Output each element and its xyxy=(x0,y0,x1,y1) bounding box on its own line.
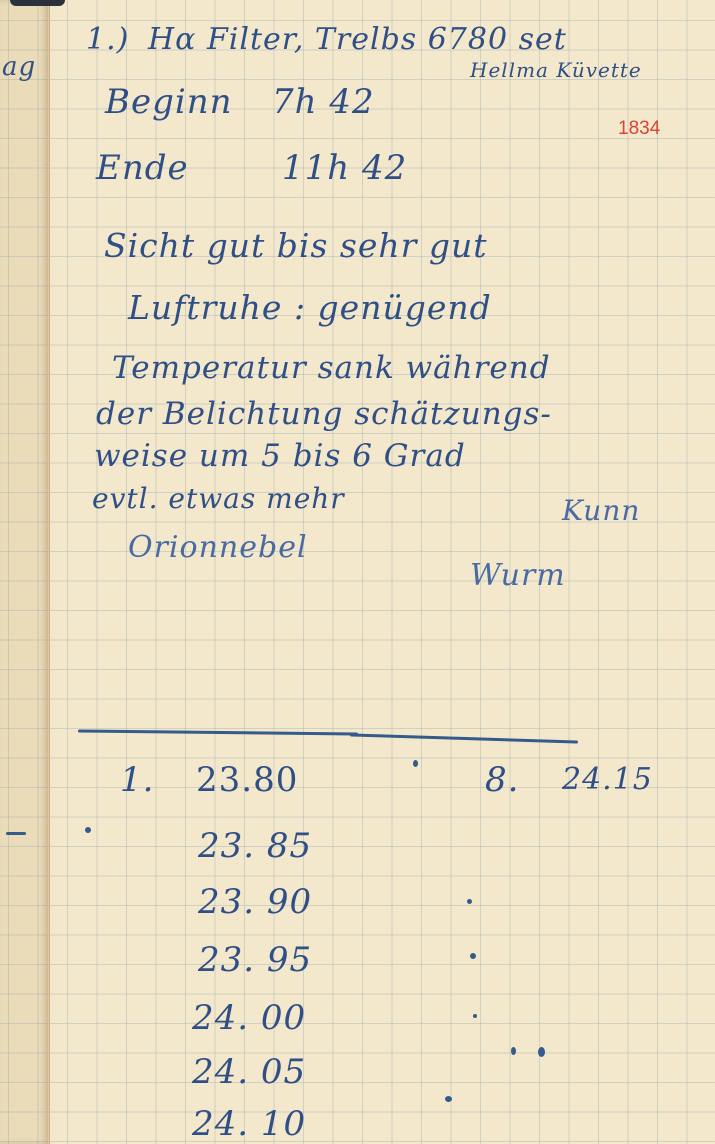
note-line: der Belichtung schätzungs- xyxy=(96,396,552,432)
reading-value: 23. 90 xyxy=(198,882,312,922)
reading-value: 24. 05 xyxy=(192,1052,306,1092)
header-sub-line: Hellma Küvette xyxy=(470,58,642,82)
reading-value: 24.15 xyxy=(562,762,653,797)
end-value: 11h 42 xyxy=(282,148,407,188)
end-label: Ende xyxy=(96,148,189,188)
binding-shadow xyxy=(10,0,65,6)
item-number: 1.) xyxy=(86,22,129,57)
left-page-edge xyxy=(0,0,48,1144)
note-line: Temperatur sank während xyxy=(112,350,551,386)
reading-value: 24. 10 xyxy=(192,1104,306,1144)
note-line: weise um 5 bis 6 Grad xyxy=(94,438,466,474)
begin-label: Beginn xyxy=(105,82,233,122)
signature: Wurm xyxy=(470,558,566,593)
ink-speck xyxy=(538,1047,545,1057)
archive-number: 1834 xyxy=(618,118,660,140)
note-line: Sicht gut bis sehr gut xyxy=(104,226,488,265)
page-gutter xyxy=(47,0,50,1144)
ink-speck xyxy=(85,827,91,833)
note-orionnebel: Orionnebel xyxy=(128,530,308,565)
reading-index: 8. xyxy=(485,760,519,800)
ink-speck xyxy=(413,760,418,767)
header-line-1: Hα Filter, Trelbs 6780 set xyxy=(148,22,567,57)
note-line: evtl. etwas mehr xyxy=(92,482,345,515)
signature: Kunn xyxy=(562,494,640,527)
reading-value: 23. 95 xyxy=(198,940,312,980)
ink-speck xyxy=(467,899,472,904)
reading-value: 23.80 xyxy=(196,760,298,800)
reading-value: 24. 00 xyxy=(192,998,306,1038)
ink-speck xyxy=(445,1096,452,1102)
left-page-text: ag xyxy=(2,52,36,82)
begin-value: 7h 42 xyxy=(272,82,375,122)
ink-speck xyxy=(511,1047,516,1055)
note-line: Luftruhe : genügend xyxy=(128,288,492,327)
ink-speck xyxy=(473,1014,477,1018)
ink-mark xyxy=(6,832,26,835)
reading-value: 23. 85 xyxy=(198,826,312,866)
reading-index: 1. xyxy=(120,760,154,800)
ink-speck xyxy=(470,953,476,959)
